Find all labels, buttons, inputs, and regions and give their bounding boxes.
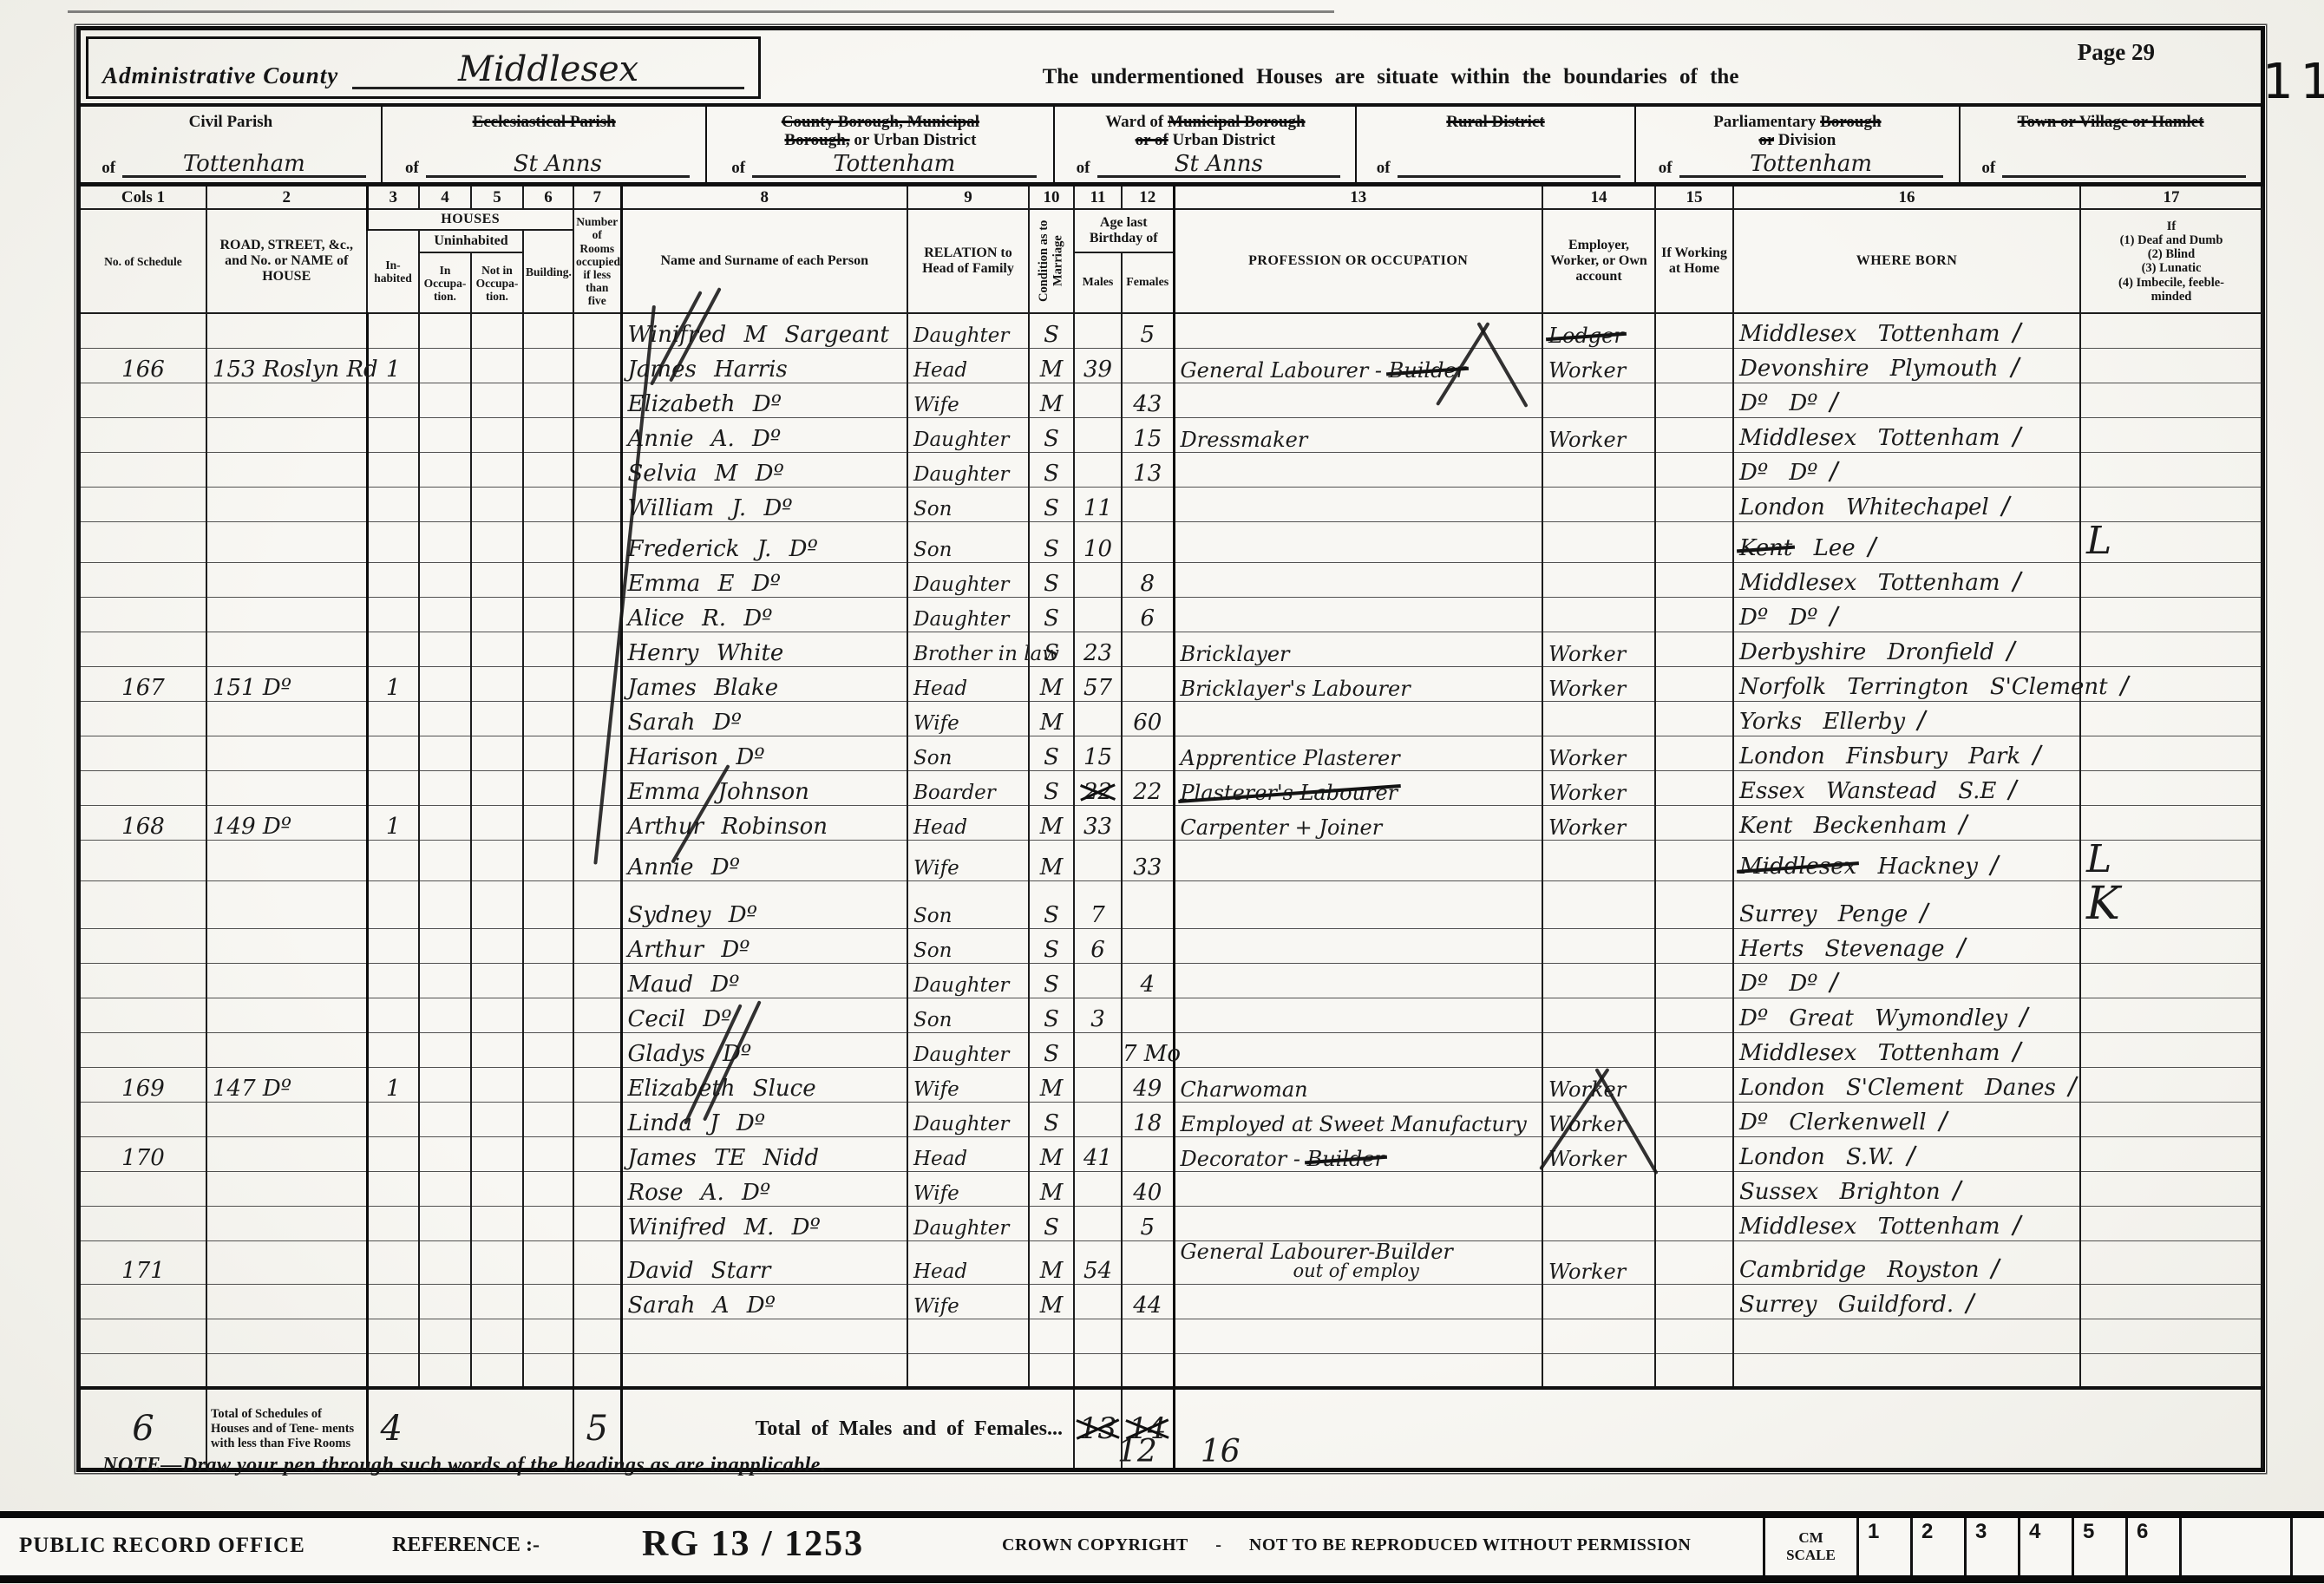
cell-born: Middlesex Tottenham∕: [1733, 313, 2080, 348]
cell-ageF: [1122, 880, 1174, 928]
cell-inf: [2080, 597, 2262, 632]
cell-name: Harison Dº: [621, 736, 907, 770]
cell-bldg: [523, 597, 573, 632]
cell-rel: Head: [907, 1136, 1029, 1171]
cell-born: Dº Dº∕: [1733, 383, 2080, 417]
cell-sched: [81, 383, 206, 417]
cell-inh: 1: [367, 1067, 419, 1102]
cell-born: [1733, 1353, 2080, 1388]
cell-inocc: [419, 963, 471, 998]
col-header-home: If Working at Home: [1655, 209, 1733, 313]
cell-inf: K: [2080, 880, 2262, 928]
cell-name: Winifred M. Dº: [621, 1206, 907, 1240]
table-row: Emma JohnsonBoarderS2222Plasterer's Labo…: [81, 770, 2262, 805]
cell-home: [1655, 562, 1733, 597]
cell-inh: [367, 840, 419, 880]
table-row: 169147 Dº1Elizabeth SluceWifeM49Charwoma…: [81, 1067, 2262, 1102]
cell-inocc: [419, 998, 471, 1032]
table-row: Sarah DºWifeM60Yorks Ellerby∕: [81, 701, 2262, 736]
form-top-strip: Administrative County Middlesex The unde…: [81, 30, 2261, 107]
cell-sched: 170: [81, 1136, 206, 1171]
birthplace-text: Dº Great Wymondley: [1739, 1005, 2007, 1031]
birthplace-text: Devonshire Plymouth: [1739, 356, 1999, 382]
cell-bldg: [523, 963, 573, 998]
administrative-county-box: Administrative County Middlesex: [86, 36, 761, 99]
cell-rooms: [573, 1032, 621, 1067]
cell-rooms: [573, 1240, 621, 1284]
struck-birthplace-text: Kent: [1739, 537, 1792, 560]
cell-sched: 167: [81, 666, 206, 701]
enumerator-tick: ∕: [1964, 1290, 1976, 1317]
cell-rooms: [573, 383, 621, 417]
cm-scale-ruler: CM SCALE 123456: [1763, 1518, 2293, 1575]
struck-employer-text: Lodger: [1548, 325, 1624, 346]
table-row: Annie DºWifeM33Middlesex Hackney∕L: [81, 840, 2262, 880]
cell-home: [1655, 1353, 1733, 1388]
enumerator-tick: ∕: [2009, 354, 2021, 381]
cell-born: Middlesex Tottenham∕: [1733, 1032, 2080, 1067]
col-number-4: 4: [419, 187, 471, 209]
cell-sched: [81, 1319, 206, 1353]
cell-ageM: [1074, 452, 1122, 487]
cell-inocc: [419, 1353, 471, 1388]
cell-home: [1655, 928, 1733, 963]
cell-inocc: [419, 348, 471, 383]
table-row: Emma E DºDaughterS8Middlesex Tottenham∕: [81, 562, 2262, 597]
infirmities-line: (2) Blind: [2083, 247, 2260, 261]
col-header-name: Name and Surname of each Person: [621, 209, 907, 313]
enumerator-tick: ∕: [2010, 423, 2022, 450]
cell-cond: S: [1029, 597, 1074, 632]
enumerator-tick: ∕: [1955, 934, 1967, 961]
cell-ageM: [1074, 1171, 1122, 1206]
birthplace-text: London Whitechapel: [1739, 494, 1989, 520]
table-row: Winifred M. DºDaughterS5Middlesex Totten…: [81, 1206, 2262, 1240]
cell-rel: Head: [907, 805, 1029, 840]
cell-inf: [2080, 998, 2262, 1032]
table-row: Linda J DºDaughterS18Employed at Sweet M…: [81, 1102, 2262, 1136]
header-section-of-line: ofSt Anns: [1077, 153, 1340, 178]
occupation-text: Carpenter + Joiner: [1181, 815, 1383, 840]
cell-inf: [2080, 1136, 2262, 1171]
col-number-2: 2: [206, 187, 367, 209]
cell-inf: [2080, 1284, 2262, 1319]
census-form: Administrative County Middlesex The unde…: [76, 26, 2265, 1472]
cell-notocc: [471, 383, 523, 417]
cell-sched: 169: [81, 1067, 206, 1102]
cell-name: David Starr: [621, 1240, 907, 1284]
of-label: of: [1659, 159, 1673, 178]
cell-rooms: [573, 417, 621, 452]
cell-ageF: 8: [1122, 562, 1174, 597]
cell-sched: [81, 840, 206, 880]
cell-road: [206, 1032, 367, 1067]
corrected-totals: 12 16: [1117, 1437, 1280, 1468]
cell-inocc: [419, 736, 471, 770]
cell-inh: [367, 417, 419, 452]
cell-inocc: [419, 880, 471, 928]
birthplace-text: Middlesex Tottenham: [1739, 321, 2000, 347]
cell-road: 149 Dº: [206, 805, 367, 840]
cell-emp: Worker: [1542, 1240, 1655, 1284]
birthplace-text: Dº Dº: [1739, 460, 1817, 486]
cell-ageM: 15: [1074, 736, 1122, 770]
occupation-text: Apprentice Plasterer: [1181, 746, 1400, 770]
cell-inf: [2080, 1171, 2262, 1206]
cell-notocc: [471, 666, 523, 701]
cell-notocc: [471, 928, 523, 963]
table-row: Winifred M SargeantDaughterS5LodgerMiddl…: [81, 313, 2262, 348]
cell-emp: [1542, 880, 1655, 928]
cm-scale-cell-5: 5: [2074, 1518, 2128, 1575]
cell-name: Sarah Dº: [621, 701, 907, 736]
cell-sched: 171: [81, 1240, 206, 1284]
enumerator-tick: ∕: [1988, 852, 2000, 879]
cell-born: Dº Great Wymondley∕: [1733, 998, 2080, 1032]
cell-inf: [2080, 963, 2262, 998]
header-section-value: Tottenham: [1679, 153, 1943, 178]
table-row: Maud DºDaughterS4Dº Dº∕: [81, 963, 2262, 998]
cell-cond: S: [1029, 736, 1074, 770]
cell-ageM: [1074, 1206, 1122, 1240]
col-number-11: 11: [1074, 187, 1122, 209]
cell-home: [1655, 1171, 1733, 1206]
cell-home: [1655, 998, 1733, 1032]
cell-notocc: [471, 1240, 523, 1284]
cell-notocc: [471, 840, 523, 880]
cell-cond: [1029, 1353, 1074, 1388]
occupation-text: Bricklayer's Labourer: [1181, 677, 1411, 701]
cell-ageF: 60: [1122, 701, 1174, 736]
cell-inh: [367, 562, 419, 597]
cell-ageM: 39: [1074, 348, 1122, 383]
cell-inf: [2080, 1240, 2262, 1284]
table-row: Cecil DºSonS3Dº Great Wymondley∕: [81, 998, 2262, 1032]
cell-road: [206, 840, 367, 880]
cell-ageM: [1074, 701, 1122, 736]
cell-cond: M: [1029, 840, 1074, 880]
cell-sched: [81, 1102, 206, 1136]
cell-ageM: 23: [1074, 632, 1122, 666]
cell-rel: Head: [907, 1240, 1029, 1284]
infirmities-line: (1) Deaf and Dumb: [2083, 233, 2260, 247]
cell-rooms: [573, 521, 621, 562]
cell-bldg: [523, 1102, 573, 1136]
cell-ageF: [1122, 666, 1174, 701]
parish-sections: Civil ParishofTottenhamEcclesiastical Pa…: [81, 107, 2261, 187]
occupation-text: Dressmaker: [1181, 428, 1308, 452]
cell-born: Yorks Ellerby∕: [1733, 701, 2080, 736]
cell-rooms: [573, 1102, 621, 1136]
cell-ageM: 33: [1074, 805, 1122, 840]
cell-emp: [1542, 1206, 1655, 1240]
col-header-road: ROAD, STREET, &c., and No. or NAME of HO…: [206, 209, 367, 313]
cell-born: Derbyshire Dronfield∕: [1733, 632, 2080, 666]
cell-emp: Lodger: [1542, 313, 1655, 348]
cell-name: Arthur Dº: [621, 928, 907, 963]
cell-emp: [1542, 1353, 1655, 1388]
header-section-title: Town or Village or Hamlet: [1961, 113, 2261, 131]
cell-sched: [81, 963, 206, 998]
cell-inh: [367, 1206, 419, 1240]
cell-inh: [367, 383, 419, 417]
table-row: 168149 Dº1Arthur RobinsonHeadM33Carpente…: [81, 805, 2262, 840]
cell-born: Devonshire Plymouth∕: [1733, 348, 2080, 383]
cell-name: [621, 1319, 907, 1353]
cell-cond: S: [1029, 562, 1074, 597]
cell-notocc: [471, 452, 523, 487]
cell-home: [1655, 1136, 1733, 1171]
cell-sched: [81, 521, 206, 562]
cell-emp: [1542, 383, 1655, 417]
cell-notocc: [471, 805, 523, 840]
table-row: Selvia M DºDaughterS13Dº Dº∕: [81, 452, 2262, 487]
heading-word: Parliamentary: [1713, 113, 1820, 131]
footer-reference-label: REFERENCE :-: [392, 1534, 540, 1557]
table-row: William J. DºSonS11London Whitechapel∕: [81, 487, 2262, 521]
cell-home: [1655, 1102, 1733, 1136]
cm-scale-cell-3: 3: [1967, 1518, 2020, 1575]
column-number-row: Cols 1234567891011121314151617: [81, 187, 2262, 209]
col-header-inhabited: In-habited: [367, 230, 419, 313]
cell-road: [206, 452, 367, 487]
cell-cond: S: [1029, 417, 1074, 452]
cell-notocc: [471, 1171, 523, 1206]
enumerator-tick: ∕: [2010, 568, 2022, 595]
cell-cond: S: [1029, 963, 1074, 998]
cell-ageF: [1122, 736, 1174, 770]
cell-cond: S: [1029, 1206, 1074, 1240]
cell-occ: Decorator - Builder: [1174, 1136, 1542, 1171]
col-number-16: 16: [1733, 187, 2080, 209]
cell-sched: [81, 736, 206, 770]
cell-rel: Daughter: [907, 963, 1029, 998]
cell-inh: [367, 487, 419, 521]
birthplace-text: Middlesex Tottenham: [1739, 570, 2000, 596]
cell-inh: [367, 1353, 419, 1388]
cell-inocc: [419, 417, 471, 452]
cell-rel: Daughter: [907, 452, 1029, 487]
cell-inocc: [419, 1102, 471, 1136]
cell-ageM: 3: [1074, 998, 1122, 1032]
cell-occ: General Labourer - Builder: [1174, 348, 1542, 383]
cell-home: [1655, 313, 1733, 348]
col-header-not-in-occupation: Not in Occupa-tion.: [471, 252, 523, 313]
header-section-title: Rural District: [1357, 113, 1633, 131]
cell-born: Essex Wanstead S.E∕: [1733, 770, 2080, 805]
cell-name: Emma Johnson: [621, 770, 907, 805]
cell-occ: [1174, 597, 1542, 632]
cell-home: [1655, 840, 1733, 880]
of-label: of: [101, 159, 115, 178]
cell-rel: Daughter: [907, 313, 1029, 348]
cell-bldg: [523, 313, 573, 348]
cell-born: London Finsbury Park∕: [1733, 736, 2080, 770]
cell-road: [206, 1319, 367, 1353]
situate-statement: The undermentioned Houses are situate wi…: [775, 65, 2006, 89]
cell-rooms: [573, 1067, 621, 1102]
cell-born: London S.W.∕: [1733, 1136, 2080, 1171]
cell-born: Middlesex Tottenham∕: [1733, 1206, 2080, 1240]
enumerator-tick: ∕: [2000, 493, 2012, 520]
cell-inocc: [419, 1240, 471, 1284]
cell-rooms: [573, 1353, 621, 1388]
cell-inocc: [419, 1284, 471, 1319]
header-section-3: County Borough, MunicipalBorough, or Urb…: [707, 107, 1055, 182]
birthplace-text: Lee: [1814, 535, 1856, 561]
cell-cond: S: [1029, 1032, 1074, 1067]
cell-emp: [1542, 1284, 1655, 1319]
cell-home: [1655, 1206, 1733, 1240]
infirmity-mark: K: [2086, 878, 2120, 930]
cell-notocc: [471, 998, 523, 1032]
cell-rel: Daughter: [907, 562, 1029, 597]
cell-cond: M: [1029, 348, 1074, 383]
cell-bldg: [523, 770, 573, 805]
cell-notocc: [471, 736, 523, 770]
header-section-value: [2002, 169, 2246, 178]
cell-home: [1655, 1319, 1733, 1353]
of-label: of: [405, 159, 419, 178]
administrative-county-value: Middlesex: [352, 52, 744, 89]
cell-sched: [81, 597, 206, 632]
cell-name: Sydney Dº: [621, 880, 907, 928]
cell-ageM: [1074, 562, 1122, 597]
cell-ageM: [1074, 1067, 1122, 1102]
header-section-value: St Anns: [426, 153, 690, 178]
cell-home: [1655, 770, 1733, 805]
cell-occ: Bricklayer's Labourer: [1174, 666, 1542, 701]
cell-born: Cambridge Royston∕: [1733, 1240, 2080, 1284]
col-header-employer: Employer, Worker, or Own account: [1542, 209, 1655, 313]
cell-sched: [81, 562, 206, 597]
cell-cond: S: [1029, 998, 1074, 1032]
heading-word: Urban District: [1169, 131, 1275, 149]
header-section-title: Ward of Municipal Boroughor of Urban Dis…: [1055, 113, 1355, 150]
cell-ageF: 49: [1122, 1067, 1174, 1102]
cell-road: [206, 417, 367, 452]
cell-bldg: [523, 736, 573, 770]
cell-name: Linda J Dº: [621, 1102, 907, 1136]
cell-inf: [2080, 701, 2262, 736]
cell-home: [1655, 1284, 1733, 1319]
cell-ageM: 10: [1074, 521, 1122, 562]
cell-bldg: [523, 1206, 573, 1240]
cell-occ: Apprentice Plasterer: [1174, 736, 1542, 770]
cell-home: [1655, 1067, 1733, 1102]
birthplace-text: Middlesex Tottenham: [1739, 1214, 2000, 1240]
table-row: Sydney DºSonS7Surrey Penge∕K: [81, 880, 2262, 928]
cell-name: James Blake: [621, 666, 907, 701]
header-section-of-line: ofTottenham: [101, 153, 365, 178]
col-number-8: 8: [621, 187, 907, 209]
cell-occ: [1174, 1206, 1542, 1240]
cell-inocc: [419, 840, 471, 880]
cell-name: Annie A. Dº: [621, 417, 907, 452]
birthplace-text: Dº Dº: [1739, 971, 1817, 997]
cell-bldg: [523, 417, 573, 452]
cell-home: [1655, 632, 1733, 666]
cell-notocc: [471, 1319, 523, 1353]
cell-born: Middlesex Hackney∕: [1733, 840, 2080, 880]
cell-road: [206, 632, 367, 666]
cell-born: London S'Clement Danes∕: [1733, 1067, 2080, 1102]
header-section-2: Ecclesiastical ParishofSt Anns: [383, 107, 707, 182]
cell-bldg: [523, 452, 573, 487]
cell-road: [206, 963, 367, 998]
cell-road: [206, 770, 367, 805]
of-label: of: [1377, 159, 1391, 178]
cell-home: [1655, 521, 1733, 562]
cell-road: [206, 383, 367, 417]
corrected-males-total: 12: [1117, 1434, 1157, 1469]
cell-inocc: [419, 928, 471, 963]
cell-emp: Worker: [1542, 1102, 1655, 1136]
cell-ageF: 18: [1122, 1102, 1174, 1136]
header-section-value: St Anns: [1097, 153, 1341, 178]
cell-rel: Daughter: [907, 417, 1029, 452]
cell-inocc: [419, 487, 471, 521]
cell-sched: [81, 770, 206, 805]
cell-notocc: [471, 1102, 523, 1136]
cell-rooms: [573, 632, 621, 666]
cell-inf: [2080, 928, 2262, 963]
cell-notocc: [471, 1067, 523, 1102]
heading-word: Civil Parish: [189, 113, 273, 131]
enumerator-tick: ∕: [1918, 900, 1930, 926]
cell-cond: M: [1029, 805, 1074, 840]
cell-road: [206, 880, 367, 928]
cell-emp: [1542, 1032, 1655, 1067]
cell-inocc: [419, 1067, 471, 1102]
col-header-occupation: PROFESSION OR OCCUPATION: [1174, 209, 1542, 313]
cell-ageF: 13: [1122, 452, 1174, 487]
birthplace-text: Yorks Ellerby: [1739, 709, 1905, 735]
census-entries: Winifred M SargeantDaughterS5LodgerMiddl…: [81, 313, 2262, 1388]
cell-occ: Employed at Sweet Manufactury: [1174, 1102, 1542, 1136]
cell-occ: [1174, 998, 1542, 1032]
cell-occ: [1174, 487, 1542, 521]
cell-emp: [1542, 452, 1655, 487]
cell-inocc: [419, 770, 471, 805]
cell-road: [206, 487, 367, 521]
table-row: [81, 1353, 2262, 1388]
cell-cond: S: [1029, 521, 1074, 562]
cell-inf: [2080, 1319, 2262, 1353]
enumerator-tick: ∕: [1957, 811, 1969, 838]
cell-name: Elizabeth Dº: [621, 383, 907, 417]
cell-born: Kent Lee∕: [1733, 521, 2080, 562]
enumerator-tick: ∕: [2066, 1073, 2079, 1100]
cell-inh: [367, 963, 419, 998]
birthplace-text: Derbyshire Dronfield: [1739, 639, 1994, 665]
birthplace-text: Kent Beckenham: [1739, 813, 1947, 839]
table-row: 167151 Dº1James BlakeHeadM57Bricklayer's…: [81, 666, 2262, 701]
footer-bar: PUBLIC RECORD OFFICE REFERENCE :- RG 13 …: [0, 1511, 2324, 1583]
cell-cond: S: [1029, 880, 1074, 928]
cell-rel: [907, 1319, 1029, 1353]
cell-rooms: [573, 313, 621, 348]
header-section-title: Ecclesiastical Parish: [383, 113, 705, 131]
page-number-label: Page 29: [2078, 39, 2155, 66]
cell-inocc: [419, 632, 471, 666]
cell-rel: Wife: [907, 1067, 1029, 1102]
cell-road: [206, 928, 367, 963]
cell-home: [1655, 701, 1733, 736]
table-row: Annie A. DºDaughterS15DressmakerWorkerMi…: [81, 417, 2262, 452]
birthplace-text: Dº Clerkenwell: [1739, 1109, 1927, 1136]
cell-cond: M: [1029, 1067, 1074, 1102]
